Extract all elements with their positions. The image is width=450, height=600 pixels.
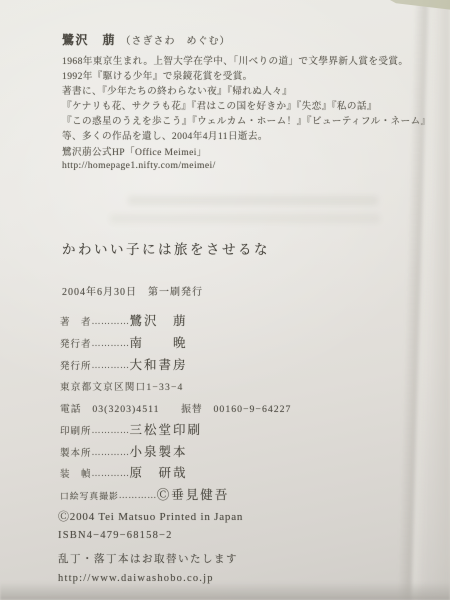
bio-line: 1992年『駆ける少年』で泉鏡花賞を受賞。 [62,68,253,82]
row-value: 南 晩 [130,336,188,350]
row-value: 大和書房 [130,358,188,372]
colophon-row-publisher-person: 発行者…………南 晩 [60,333,188,351]
colophon-row-bindery: 製本所…………小泉製本 [60,442,188,460]
book-title: かわいい子には旅をさせるな [62,238,270,258]
leader-dots: ………… [92,360,130,370]
show-through-smudge [110,214,380,223]
bio-line: 『この惑星のうえを歩こう』『ウェルカム・ホーム！』『ビューティフル・ネーム』 [62,113,431,127]
author-name-reading: （さぎさわ めぐむ） [121,36,231,47]
isbn-line: ISBN4−479−68158−2 [58,530,173,541]
phone-and-transfer-line: 電話 03(3203)4511 振替 00160−9−64227 [60,401,291,415]
show-through-smudge [128,196,378,205]
colophon-row-printer: 印刷所…………三松堂印刷 [60,420,202,438]
book-photo: 鷺沢 萠 （さぎさわ めぐむ） 1968年東京生まれ。上智大学在学中、「川べりの… [0,0,450,600]
edition-line: 2004年6月30日 第一刷発行 [62,283,203,298]
copyright-line: Ⓒ2004 Tei Matsuo Printed in Japan [58,508,243,524]
leader-dots: ………… [92,447,130,457]
bio-line: 鷺沢萠公式HP「Office Meimei」 [62,144,207,158]
row-value: Ⓒ垂見健吾 [157,488,230,502]
page-bottom-shadow [0,582,450,600]
colophon-row-frontispiece-photo: 口絵写真撮影…………Ⓒ垂見健吾 [60,485,229,503]
row-value: 三松堂印刷 [130,423,203,437]
colophon-row-author: 著 者…………鷺沢 萠 [60,311,188,329]
leader-dots: ………… [119,490,157,500]
publisher-address: 東京都文京区関口1−33−4 [60,379,184,393]
row-label: 装 幀 [60,470,92,480]
leader-dots: ………… [92,425,130,435]
bio-line: 『ケナリも花、サクラも花』『君はこの国を好きか』『失恋』『私の話』 [62,98,377,112]
row-label: 印刷所 [60,427,92,437]
row-label: 口絵写真撮影 [60,491,119,501]
row-label: 発行所 [60,362,92,372]
row-label: 製本所 [60,449,92,459]
bio-line: 著書に、『少年たちの終わらない夜』『帰れぬ人々』 [62,83,292,97]
leader-dots: ………… [92,338,130,348]
leader-dots: ………… [92,316,130,326]
colophon-page: 鷺沢 萠 （さぎさわ めぐむ） 1968年東京生まれ。上智大学在学中、「川べりの… [0,0,450,600]
bio-line: 等、多くの作品を遺し、2004年4月11日逝去。 [62,128,268,142]
row-value: 鷺沢 萠 [130,314,188,328]
author-name: 鷺沢 萠 （さぎさわ めぐむ） [62,31,231,48]
row-value: 小泉製本 [130,445,188,459]
colophon-row-publishing-house: 発行所…………大和書房 [60,355,188,373]
colophon-row-book-design: 装 幀…………原 研哉 [60,463,188,481]
row-label: 発行者 [60,340,92,350]
bio-line: 1968年東京生まれ。上智大学在学中、「川べりの道」で文學界新人賞を受賞。 [62,53,408,67]
row-value: 原 研哉 [130,466,188,480]
leader-dots: ………… [92,468,130,478]
author-name-text: 鷺沢 萠 [62,33,116,47]
replacement-notice: 乱丁・落丁本はお取替いたします [58,551,238,566]
row-label: 著 者 [60,318,92,328]
author-homepage-url: http://homepage1.nifty.com/meimei/ [62,160,216,171]
